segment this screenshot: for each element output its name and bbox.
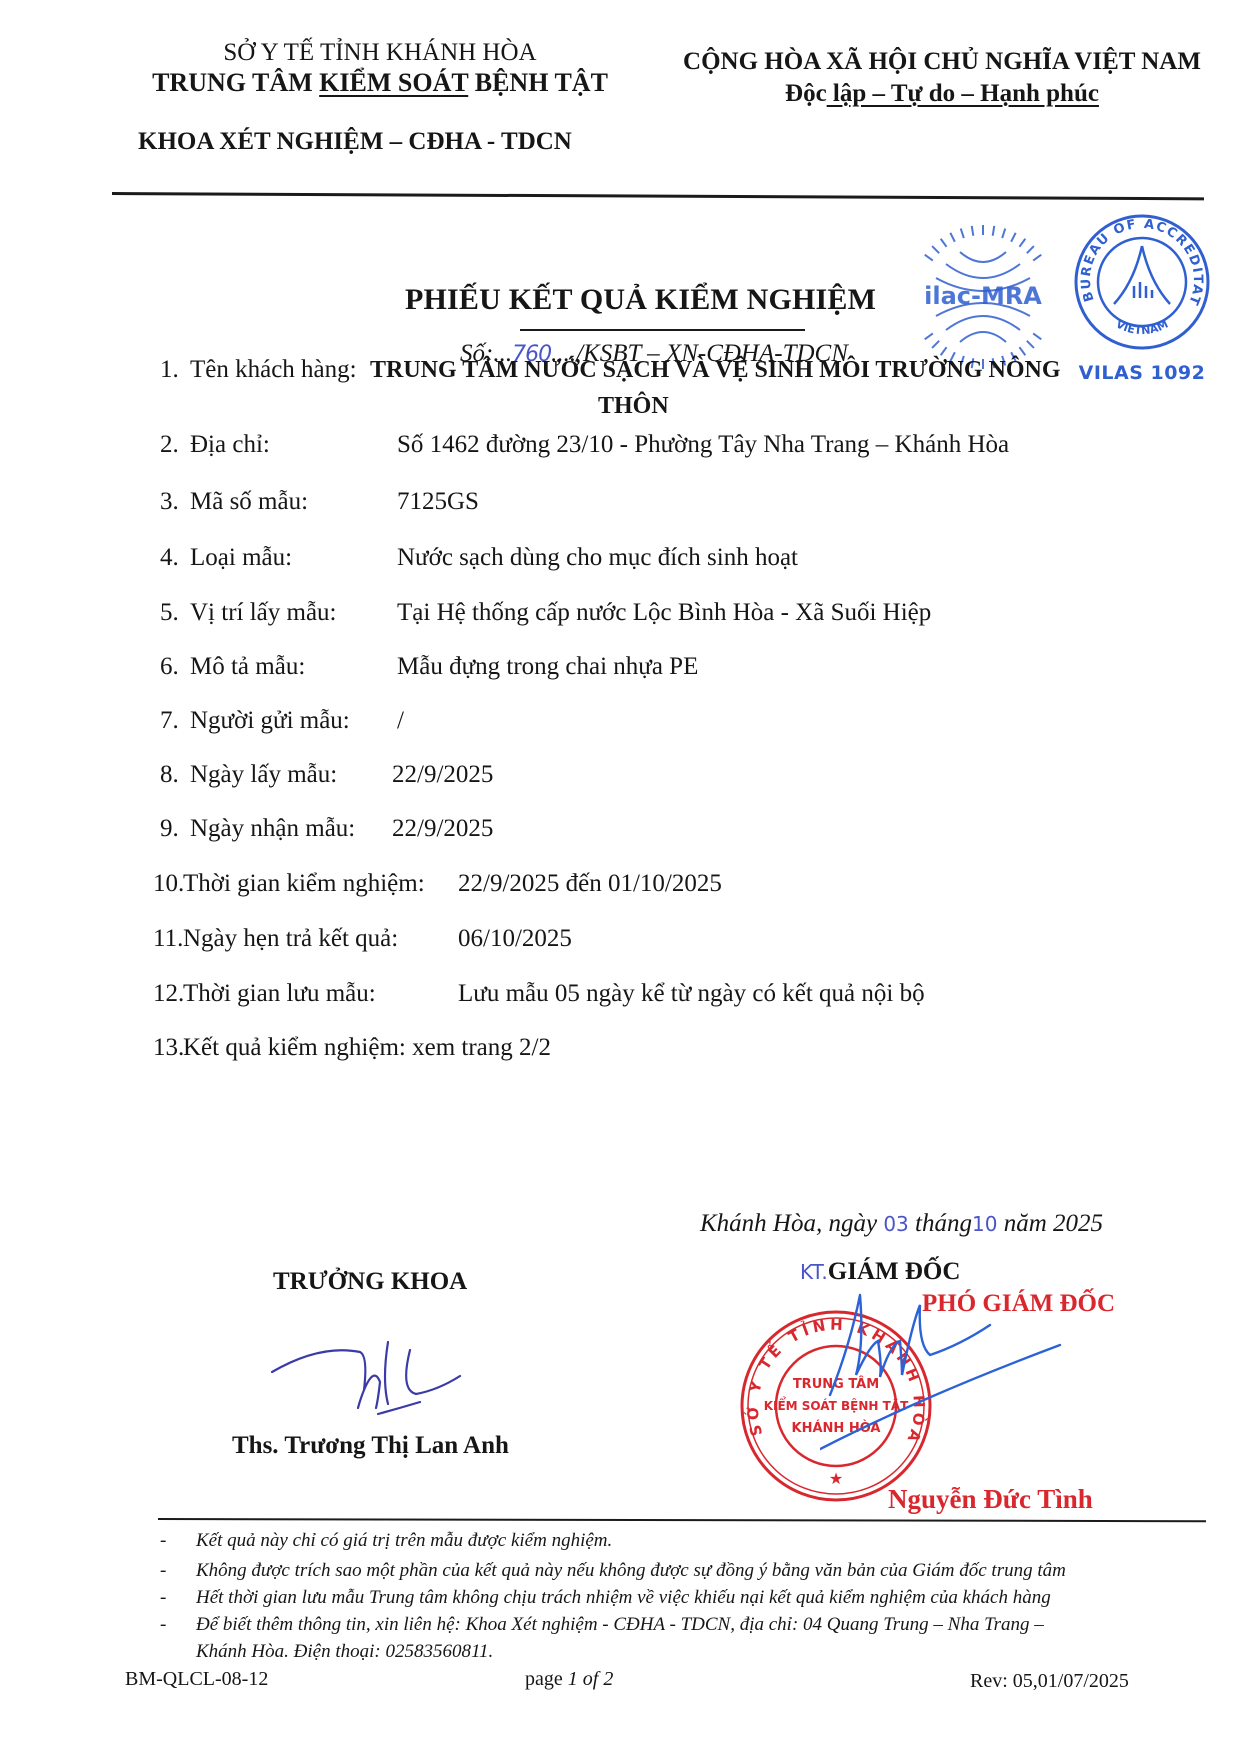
item-label: Địa chỉ: bbox=[190, 430, 270, 460]
info-item: 12.Thời gian lưu mẫu:Lưu mẫu 05 ngày kể … bbox=[153, 979, 1213, 1011]
item-value: TRUNG TÂM NƯỚC SẠCH VÀ VỆ SINH MÔI TRƯỜN… bbox=[370, 355, 1061, 385]
item-number: 11. bbox=[153, 924, 183, 954]
bullet-dash: - bbox=[160, 1613, 166, 1637]
item-label: Thời gian lưu mẫu: bbox=[183, 979, 376, 1009]
item-label: Kết quả kiểm nghiệm: xem trang 2/2 bbox=[183, 1033, 551, 1063]
director-signature-icon bbox=[820, 1285, 1080, 1465]
item-value: Số 1462 đường 23/10 - Phường Tây Nha Tra… bbox=[397, 430, 1009, 460]
item-label: Tên khách hàng: bbox=[190, 355, 357, 385]
national-motto: Độc lập – Tự do – Hạnh phúc bbox=[662, 78, 1222, 110]
form-code: BM-QLCL-08-12 bbox=[125, 1668, 268, 1691]
item-label: Mã số mẫu: bbox=[190, 487, 308, 517]
item-value: Nước sạch dùng cho mục đích sinh hoạt bbox=[397, 543, 798, 573]
info-item: 5.Vị trí lấy mẫu:Tại Hệ thống cấp nước L… bbox=[160, 598, 1220, 630]
item-number: 6. bbox=[160, 652, 179, 682]
info-item: 9.Ngày nhận mẫu:22/9/2025 bbox=[160, 814, 1220, 846]
item-number: 9. bbox=[160, 814, 179, 844]
item-label: Ngày lấy mẫu: bbox=[190, 760, 337, 790]
info-item: 7.Người gửi mẫu:/ bbox=[160, 706, 1220, 738]
item-number: 10. bbox=[153, 869, 184, 899]
issuing-organization: SỞ Y TẾ TỈNH KHÁNH HÒA TRUNG TÂM KIỂM SO… bbox=[130, 38, 630, 98]
national-header: CỘNG HÒA XÃ HỘI CHỦ NGHĨA VIỆT NAM Độc l… bbox=[662, 46, 1222, 110]
footer-divider bbox=[158, 1518, 1206, 1522]
item-label: Loại mẫu: bbox=[190, 543, 292, 573]
item-value: 06/10/2025 bbox=[458, 924, 572, 954]
info-item: 4.Loại mẫu:Nước sạch dùng cho mục đích s… bbox=[160, 543, 1220, 575]
item-label: Mô tả mẫu: bbox=[190, 652, 305, 682]
signing-date: Khánh Hòa, ngày 03 tháng10 năm 2025 bbox=[700, 1210, 1103, 1238]
header-divider bbox=[112, 192, 1204, 200]
info-item: 11.Ngày hẹn trả kết quả:06/10/2025 bbox=[153, 924, 1213, 956]
parent-org: SỞ Y TẾ TỈNH KHÁNH HÒA bbox=[130, 38, 630, 68]
item-label: Ngày hẹn trả kết quả: bbox=[183, 924, 398, 954]
director-name: Nguyễn Đức Tình bbox=[888, 1484, 1093, 1515]
bullet-dash: - bbox=[160, 1586, 166, 1610]
item-label: Thời gian kiểm nghiệm: bbox=[183, 869, 425, 899]
department-name: KHOA XÉT NGHIỆM – CĐHA - TDCN bbox=[138, 128, 572, 156]
item-number: 4. bbox=[160, 543, 179, 573]
bullet-dash: - bbox=[160, 1559, 166, 1583]
title-underline bbox=[520, 329, 805, 331]
ilac-mra-logo-icon: ilac-MRA bbox=[908, 222, 1058, 372]
head-signature-icon bbox=[260, 1330, 480, 1420]
info-item: 8.Ngày lấy mẫu:22/9/2025 bbox=[160, 760, 1220, 792]
item-value: 7125GS bbox=[397, 487, 479, 517]
org-name: TRUNG TÂM KIỂM SOÁT BỆNH TẬT bbox=[130, 68, 630, 98]
item-number: 13. bbox=[153, 1033, 184, 1063]
info-item: 6.Mô tả mẫu:Mẫu đựng trong chai nhựa PE bbox=[160, 652, 1220, 684]
item-value: Tại Hệ thống cấp nước Lộc Bình Hòa - Xã … bbox=[397, 598, 931, 628]
item-value: 22/9/2025 bbox=[392, 814, 493, 844]
director-title: KT.GIÁM ĐỐC bbox=[800, 1258, 960, 1286]
item-value: / bbox=[397, 706, 404, 736]
item-value: 22/9/2025 đến 01/10/2025 bbox=[458, 869, 722, 899]
item-number: 7. bbox=[160, 706, 179, 736]
accreditation-bureau-seal-icon: BUREAU OF ACCREDITATION VIETNAM bbox=[1072, 212, 1212, 352]
svg-text:ilac-MRA: ilac-MRA bbox=[924, 282, 1042, 310]
info-item: 1.Tên khách hàng:TRUNG TÂM NƯỚC SẠCH VÀ … bbox=[160, 355, 1220, 425]
item-value: 22/9/2025 bbox=[392, 760, 493, 790]
info-item: 2.Địa chỉ:Số 1462 đường 23/10 - Phường T… bbox=[160, 430, 1220, 462]
page-number: page 1 of 2 bbox=[525, 1668, 613, 1691]
head-of-department-name: Ths. Trương Thị Lan Anh bbox=[232, 1432, 509, 1460]
item-number: 8. bbox=[160, 760, 179, 790]
info-item: 3.Mã số mẫu:7125GS bbox=[160, 487, 1220, 519]
item-label: Ngày nhận mẫu: bbox=[190, 814, 355, 844]
info-item: 10.Thời gian kiểm nghiệm:22/9/2025 đến 0… bbox=[153, 869, 1213, 901]
item-number: 12. bbox=[153, 979, 184, 1009]
item-value-continued: THÔN bbox=[598, 391, 669, 421]
item-value: Lưu mẫu 05 ngày kể từ ngày có kết quả nộ… bbox=[458, 979, 925, 1009]
document-title: PHIẾU KẾT QUẢ KIỂM NGHIỆM bbox=[405, 283, 876, 317]
item-number: 3. bbox=[160, 487, 179, 517]
item-value: Mẫu đựng trong chai nhựa PE bbox=[397, 652, 698, 682]
item-label: Vị trí lấy mẫu: bbox=[190, 598, 337, 628]
head-of-department-title: TRƯỞNG KHOA bbox=[273, 1268, 467, 1296]
item-number: 1. bbox=[160, 355, 179, 385]
revision-info: Rev: 05,01/07/2025 bbox=[970, 1670, 1129, 1693]
svg-text:VIETNAM: VIETNAM bbox=[1114, 318, 1170, 338]
item-label: Người gửi mẫu: bbox=[190, 706, 350, 736]
item-number: 5. bbox=[160, 598, 179, 628]
svg-text:★: ★ bbox=[829, 1471, 843, 1488]
country-name: CỘNG HÒA XÃ HỘI CHỦ NGHĨA VIỆT NAM bbox=[662, 46, 1222, 78]
info-item: 13.Kết quả kiểm nghiệm: xem trang 2/2 bbox=[153, 1033, 1213, 1065]
bullet-dash: - bbox=[160, 1529, 166, 1553]
item-number: 2. bbox=[160, 430, 179, 460]
